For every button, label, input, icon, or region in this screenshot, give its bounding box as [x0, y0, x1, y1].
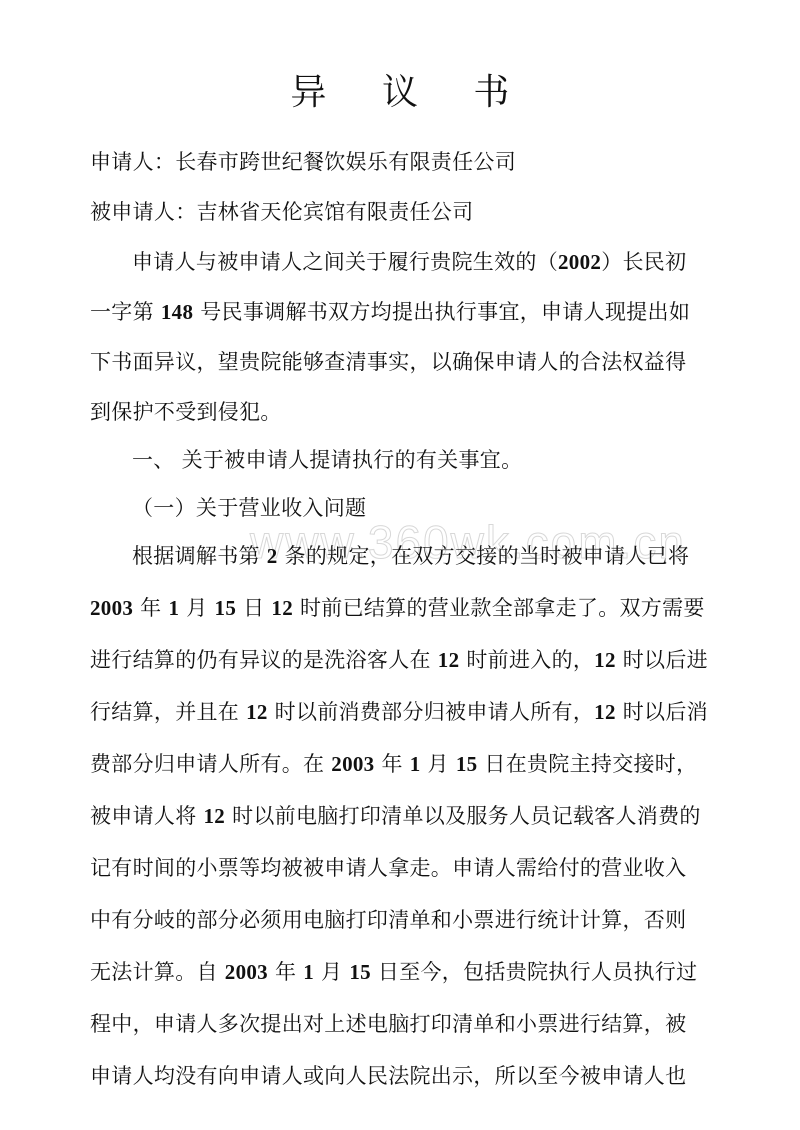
document-page: www.360wk.com.cn 异 议 书 申请人：长春市跨世纪餐饮娱乐有限责…	[0, 0, 800, 1130]
text-segment: 时以后进	[616, 648, 708, 672]
text-segment: 日在贵院主持交接时，	[477, 752, 697, 776]
number-segment: 12	[594, 648, 616, 672]
text-segment: ）长民初	[601, 250, 686, 274]
section-heading-1: 一、 关于被申请人提请执行的有关事宜。	[132, 446, 522, 474]
body-line-8: 中有分岐的部分必须用电脑打印清单和小票进行统计计算，否则	[90, 906, 686, 934]
text-segment: 进行结算的仍有异议的是洗浴客人在	[90, 648, 438, 672]
text-segment: 时前进入的，	[459, 648, 594, 672]
text-segment: 年	[268, 960, 303, 984]
body-line-6: 被申请人将 12 时以前电脑打印清单以及服务人员记载客人消费的	[90, 802, 701, 830]
number-segment: 2003	[225, 960, 268, 984]
number-segment: 148	[161, 300, 193, 324]
text-segment: 条的规定，在双方交接的当时被申请人已将	[278, 544, 690, 568]
subsection-heading-1: （一）关于营业收入问题	[132, 494, 366, 522]
intro-line-1: 申请人与被申请人之间关于履行贵院生效的（2002）长民初	[132, 248, 686, 276]
number-segment: 12	[271, 596, 293, 620]
text-segment: 时以前消费部分归被申请人所有，	[268, 700, 594, 724]
number-segment: 2002	[558, 250, 601, 274]
body-line-3: 进行结算的仍有异议的是洗浴客人在 12 时前进入的，12 时以后进	[90, 646, 708, 674]
body-line-7: 记有时间的小票等均被被申请人拿走。申请人需给付的营业收入	[90, 854, 686, 882]
text-segment: 申请人与被申请人之间关于履行贵院生效的（	[132, 250, 558, 274]
body-line-5: 费部分归申请人所有。在 2003 年 1 月 15 日在贵院主持交接时，	[90, 750, 697, 778]
text-segment: 行结算，并且在	[90, 700, 246, 724]
text-segment: 日	[236, 596, 271, 620]
text-segment: 年	[133, 596, 168, 620]
intro-line-2: 一字第 148 号民事调解书双方均提出执行事宜，申请人现提出如	[90, 298, 690, 326]
number-segment: 12	[246, 700, 268, 724]
body-line-11: 申请人均没有向申请人或向人民法院出示，所以至今被申请人也	[90, 1062, 686, 1090]
number-segment: 15	[215, 596, 237, 620]
text-segment: 年	[374, 752, 409, 776]
text-segment: 费部分归申请人所有。在	[90, 752, 331, 776]
text-segment: 时以前电脑打印清单以及服务人员记载客人消费的	[225, 804, 701, 828]
number-segment: 1	[303, 960, 314, 984]
body-line-4: 行结算，并且在 12 时以前消费部分归被申请人所有，12 时以后消	[90, 698, 708, 726]
number-segment: 12	[203, 804, 225, 828]
body-line-2: 2003 年 1 月 15 日 12 时前已结算的营业款全部拿走了。双方需要	[90, 594, 705, 622]
text-segment: 号民事调解书双方均提出执行事宜，申请人现提出如	[193, 300, 690, 324]
number-segment: 12	[438, 648, 460, 672]
applicant-line: 申请人：长春市跨世纪餐饮娱乐有限责任公司	[90, 148, 516, 176]
text-segment: 月	[179, 596, 214, 620]
number-segment: 2003	[331, 752, 374, 776]
text-segment: 被申请人将	[90, 804, 203, 828]
body-line-10: 程中，申请人多次提出对上述电脑打印清单和小票进行结算，被	[90, 1010, 686, 1038]
text-segment: 根据调解书第	[132, 544, 267, 568]
number-segment: 2003	[90, 596, 133, 620]
text-segment: 时以后消	[616, 700, 708, 724]
text-segment: 时前已结算的营业款全部拿走了。双方需要	[293, 596, 705, 620]
text-segment: 一字第	[90, 300, 161, 324]
text-segment: 月	[421, 752, 456, 776]
body-line-1: 根据调解书第 2 条的规定，在双方交接的当时被申请人已将	[132, 542, 689, 570]
respondent-line: 被申请人：吉林省天伦宾馆有限责任公司	[90, 198, 473, 226]
intro-line-4: 到保护不受到侵犯。	[90, 398, 282, 426]
number-segment: 2	[267, 544, 278, 568]
text-segment: 月	[314, 960, 349, 984]
body-line-9: 无法计算。自 2003 年 1 月 15 日至今，包括贵院执行人员执行过	[90, 958, 697, 986]
text-segment: 无法计算。自	[90, 960, 225, 984]
document-title: 异 议 书	[0, 68, 800, 118]
intro-line-3: 下书面异议，望贵院能够查清事实，以确保申请人的合法权益得	[90, 348, 686, 376]
number-segment: 15	[349, 960, 371, 984]
number-segment: 12	[594, 700, 616, 724]
number-segment: 15	[456, 752, 478, 776]
number-segment: 1	[168, 596, 179, 620]
number-segment: 1	[410, 752, 421, 776]
text-segment: 日至今，包括贵院执行人员执行过	[371, 960, 697, 984]
